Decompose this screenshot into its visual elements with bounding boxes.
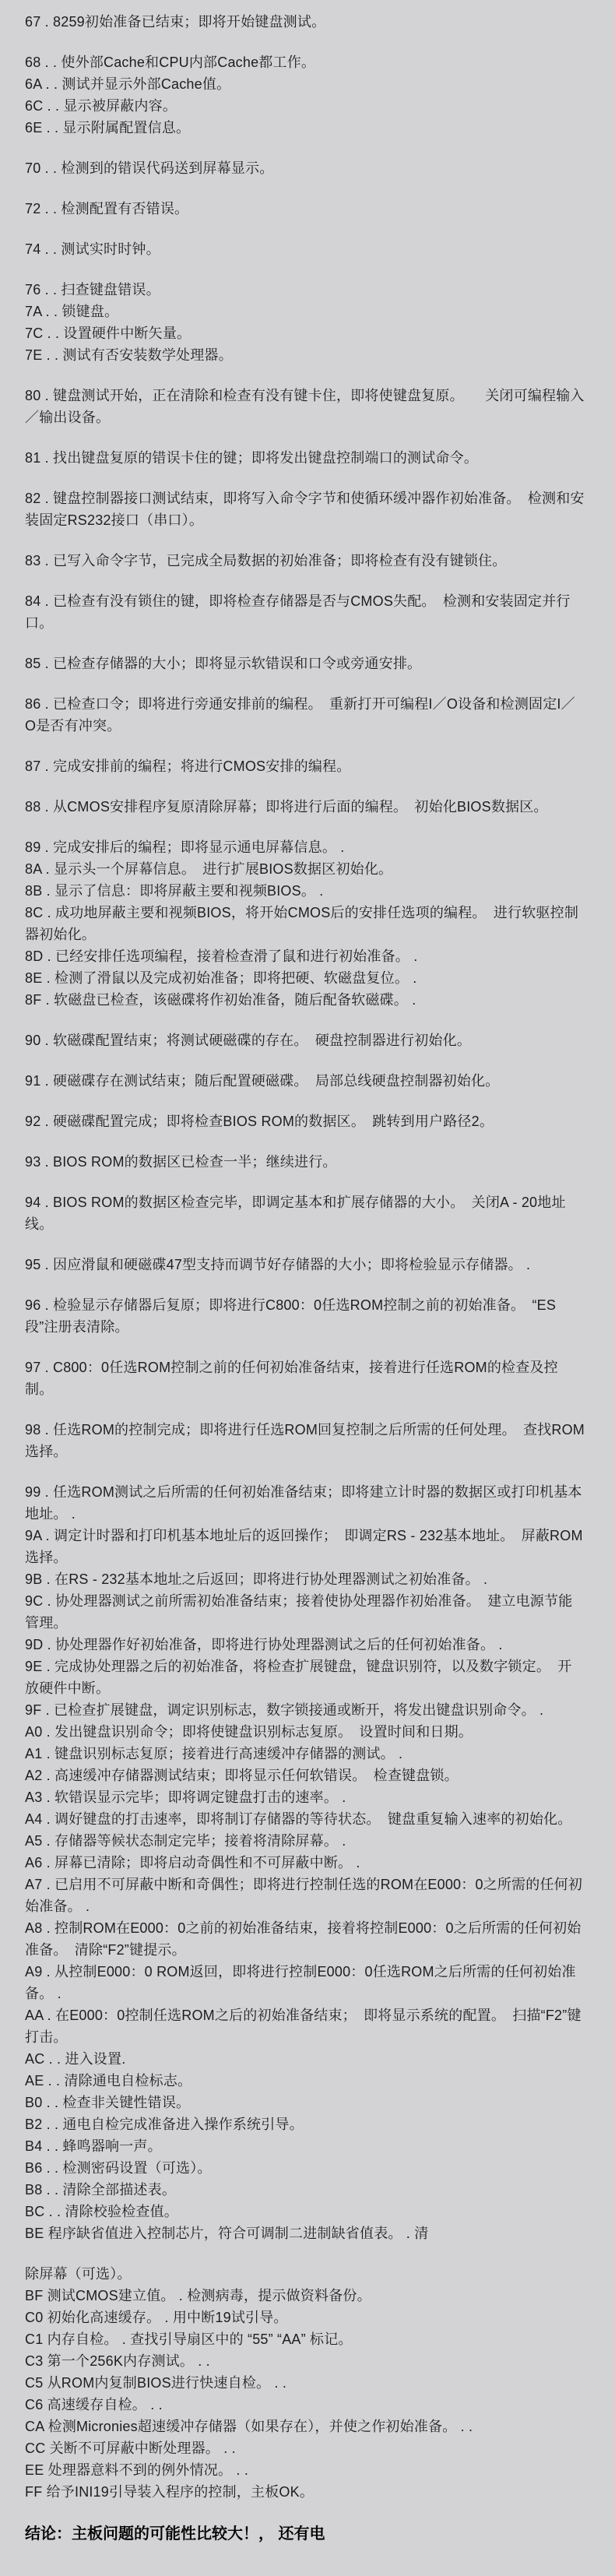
post-code-line: 6E . . 显示附属配置信息。 (25, 117, 585, 139)
post-code-line: A7 . 已启用不可屏蔽中断和奇偶性；即将进行控制任选的ROM在E000：0之所… (25, 1874, 585, 1917)
post-code-line: 9F . 已检查扩展键盘，调定识别标志，数字锁接通或断开，将发出键盘识别命令。 … (25, 1699, 585, 1721)
post-code-line: A3 . 软错误显示完毕；即将调定键盘打击的速率。 . (25, 1786, 585, 1808)
code-group: 92 . 硬磁碟配置完成；即将检查BIOS ROM的数据区。 跳转到用户路径2。 (25, 1110, 585, 1132)
post-code-line: FF 给予INI19引导装入程序的控制，主板OK。 (25, 2481, 585, 2503)
post-code-line: 80 . 键盘测试开始，正在清除和检查有没有键卡住，即将使键盘复原。 关闭可编程… (25, 385, 585, 428)
post-code-line: 97 . C800：0任选ROM控制之前的任何初始准备结束，接着进行任选ROM的… (25, 1357, 585, 1400)
code-group: 67 . 8259初始准备已结束；即将开始键盘测试。 (25, 11, 585, 33)
post-code-line: 70 . . 检测到的错误代码送到屏幕显示。 (25, 157, 585, 179)
code-group: 99 . 任选ROM测试之后所需的任何初始准备结束；即将建立计时器的数据区或打印… (25, 1481, 585, 2244)
post-code-line: 68 . . 使外部Cache和CPU内部Cache都工作。 (25, 51, 585, 73)
post-code-line: 76 . . 扫查键盘错误。 (25, 279, 585, 301)
post-code-line: A4 . 调好键盘的打击速率，即将制订存储器的等待状态。 键盘重复输入速率的初始… (25, 1808, 585, 1830)
post-code-line: 67 . 8259初始准备已结束；即将开始键盘测试。 (25, 11, 585, 33)
post-code-line: 99 . 任选ROM测试之后所需的任何初始准备结束；即将建立计时器的数据区或打印… (25, 1481, 585, 1525)
post-code-line: 9B . 在RS - 232基本地址之后返回；即将进行协处理器测试之初始准备。 … (25, 1568, 585, 1590)
code-group: 95 . 因应滑鼠和硬磁碟47型支持而调节好存储器的大小；即将检验显示存储器。 … (25, 1254, 585, 1276)
post-code-line: 74 . . 测试实时时钟。 (25, 238, 585, 260)
post-code-line: A5 . 存储器等候状态制定完毕；接着将清除屏幕。 . (25, 1830, 585, 1852)
code-group: 83 . 已写入命令字节，已完成全局数据的初始准备；即将检查有没有键锁住。 (25, 550, 585, 572)
post-code-line: B0 . . 检查非关键性错误。 (25, 2092, 585, 2113)
post-code-line: 除屏幕（可选）。 (25, 2263, 585, 2285)
code-group: 88 . 从CMOS安排程序复原清除屏幕；即将进行后面的编程。 初始化BIOS数… (25, 796, 585, 818)
post-code-line: BC . . 清除校验检查值。 (25, 2201, 585, 2222)
post-code-line: C1 内存自检。 . 查找引导扇区中的 “55” “AA” 标记。 (25, 2328, 585, 2350)
post-code-line: A8 . 控制ROM在E000：0之前的初始准备结束，接着将控制E000：0之后… (25, 1917, 585, 1961)
post-code-line: 8C . 成功地屏蔽主要和视频BIOS，将开始CMOS后的安排任选项的编程。 进… (25, 902, 585, 945)
post-code-line: B8 . . 清除全部描述表。 (25, 2179, 585, 2201)
post-code-line: 94 . BIOS ROM的数据区检查完毕，即调定基本和扩展存储器的大小。 关闭… (25, 1191, 585, 1235)
post-code-line: 86 . 已检查口令；即将进行旁通安排前的编程。 重新打开可编程I／O设备和检测… (25, 693, 585, 737)
post-code-line: B6 . . 检测密码设置（可选）。 (25, 2157, 585, 2179)
post-code-line: AA . 在E000：0控制任选ROM之后的初始准备结束； 即将显示系统的配置。… (25, 2004, 585, 2048)
post-code-line: A0 . 发出键盘识别命令；即将使键盘识别标志复原。 设置时间和日期。 (25, 1721, 585, 1743)
code-group: 82 . 键盘控制器接口测试结束，即将写入命令字节和使循环缓冲器作初始准备。 检… (25, 487, 585, 531)
code-group: 70 . . 检测到的错误代码送到屏幕显示。 (25, 157, 585, 179)
post-code-line: 72 . . 检测配置有否错误。 (25, 198, 585, 220)
post-code-line: 95 . 因应滑鼠和硬磁碟47型支持而调节好存储器的大小；即将检验显示存储器。 … (25, 1254, 585, 1276)
post-code-line: 6A . . 测试并显示外部Cache值。 (25, 73, 585, 95)
code-group: 85 . 已检查存储器的大小；即将显示软错误和口令或旁通安排。 (25, 653, 585, 674)
post-code-line: AC . . 进入设置. (25, 2048, 585, 2070)
post-code-line: 89 . 完成安排后的编程；即将显示通电屏幕信息。 . (25, 836, 585, 858)
post-code-line: BE 程序缺省值进入控制芯片，符合可调制二进制缺省值表。 . 清 (25, 2222, 585, 2244)
code-group: 除屏幕（可选）。BF 测试CMOS建立值。 . 检测病毒，提示做资料备份。C0 … (25, 2263, 585, 2503)
post-code-line: 88 . 从CMOS安排程序复原清除屏幕；即将进行后面的编程。 初始化BIOS数… (25, 796, 585, 818)
post-code-line: 92 . 硬磁碟配置完成；即将检查BIOS ROM的数据区。 跳转到用户路径2。 (25, 1110, 585, 1132)
post-code-line: A9 . 从控制E000：0 ROM返回，即将进行控制E000：0任选ROM之后… (25, 1961, 585, 2004)
post-code-line: 9A . 调定计时器和打印机基本地址后的返回操作； 即调定RS - 232基本地… (25, 1525, 585, 1568)
post-code-line: B4 . . 蜂鸣器响一声。 (25, 2135, 585, 2157)
conclusion-text: 结论：主板问题的可能性比较大！， 还有电 (25, 2523, 585, 2545)
code-group: 93 . BIOS ROM的数据区已检查一半；继续进行。 (25, 1151, 585, 1173)
post-code-line: 8F . 软磁盘已检查，该磁碟将作初始准备，随后配备软磁碟。 . (25, 989, 585, 1011)
code-group: 91 . 硬磁碟存在测试结束；随后配置硬磁碟。 局部总线硬盘控制器初始化。 (25, 1070, 585, 1092)
post-code-line: C0 初始化高速缓存。 . 用中断19试引导。 (25, 2307, 585, 2328)
post-code-line: 8B . 显示了信息：即将屏蔽主要和视频BIOS。 . (25, 880, 585, 902)
post-code-line: CA 检测Micronies超速缓冲存储器（如果存在），并使之作初始准备。 . … (25, 2416, 585, 2437)
post-code-line: 7A . . 锁键盘。 (25, 301, 585, 322)
post-code-line: C3 第一个256K内存测试。 . . (25, 2350, 585, 2372)
post-code-line: 91 . 硬磁碟存在测试结束；随后配置硬磁碟。 局部总线硬盘控制器初始化。 (25, 1070, 585, 1092)
code-group: 81 . 找出键盘复原的错误卡住的键；即将发出键盘控制端口的测试命令。 (25, 447, 585, 469)
post-code-line: C5 从ROM内复制BIOS进行快速自检。 . . (25, 2372, 585, 2394)
post-code-line: 90 . 软磁碟配置结束；将测试硬磁碟的存在。 硬盘控制器进行初始化。 (25, 1029, 585, 1051)
code-group: 87 . 完成安排前的编程；将进行CMOS安排的编程。 (25, 755, 585, 777)
post-code-line: 9E . 完成协处理器之后的初始准备，将检查扩展键盘，键盘识别符，以及数字锁定。… (25, 1656, 585, 1699)
post-code-line: A6 . 屏幕已清除；即将启动奇偶性和不可屏蔽中断。 . (25, 1852, 585, 1874)
code-group: 74 . . 测试实时时钟。 (25, 238, 585, 260)
post-code-line: 85 . 已检查存储器的大小；即将显示软错误和口令或旁通安排。 (25, 653, 585, 674)
post-code-line: 83 . 已写入命令字节，已完成全局数据的初始准备；即将检查有没有键锁住。 (25, 550, 585, 572)
post-code-line: 7E . . 测试有否安装数学处理器。 (25, 344, 585, 366)
post-code-line: 98 . 任选ROM的控制完成；即将进行任选ROM回复控制之后所需的任何处理。 … (25, 1419, 585, 1462)
code-group: 84 . 已检查有没有锁住的键，即将检查存储器是否与CMOS失配。 检测和安装固… (25, 590, 585, 634)
code-list: 67 . 8259初始准备已结束；即将开始键盘测试。68 . . 使外部Cach… (25, 11, 585, 2503)
post-code-line: 96 . 检验显示存储器后复原；即将进行C800：0任选ROM控制之前的初始准备… (25, 1294, 585, 1338)
post-code-line: 84 . 已检查有没有锁住的键，即将检查存储器是否与CMOS失配。 检测和安装固… (25, 590, 585, 634)
post-code-line: 82 . 键盘控制器接口测试结束，即将写入命令字节和使循环缓冲器作初始准备。 检… (25, 487, 585, 531)
code-group: 97 . C800：0任选ROM控制之前的任何初始准备结束，接着进行任选ROM的… (25, 1357, 585, 1400)
post-code-line: CC 关断不可屏蔽中断处理器。 . . (25, 2437, 585, 2459)
post-code-line: A2 . 高速缓冲存储器测试结束；即将显示任何软错误。 检查键盘锁。 (25, 1765, 585, 1786)
document-body: 67 . 8259初始准备已结束；即将开始键盘测试。68 . . 使外部Cach… (0, 0, 615, 2576)
post-code-line: 6C . . 显示被屏蔽内容。 (25, 95, 585, 117)
code-group: 98 . 任选ROM的控制完成；即将进行任选ROM回复控制之后所需的任何处理。 … (25, 1419, 585, 1462)
code-group: 72 . . 检测配置有否错误。 (25, 198, 585, 220)
post-code-line: 93 . BIOS ROM的数据区已检查一半；继续进行。 (25, 1151, 585, 1173)
post-code-line: 87 . 完成安排前的编程；将进行CMOS安排的编程。 (25, 755, 585, 777)
post-code-line: BF 测试CMOS建立值。 . 检测病毒，提示做资料备份。 (25, 2285, 585, 2307)
code-group: 68 . . 使外部Cache和CPU内部Cache都工作。6A . . 测试并… (25, 51, 585, 139)
post-code-line: 9D . 协处理器作好初始准备，即将进行协处理器测试之后的任何初始准备。 . (25, 1634, 585, 1656)
post-code-line: 8A . 显示头一个屏幕信息。 进行扩展BIOS数据区初始化。 (25, 858, 585, 880)
code-group: 89 . 完成安排后的编程；即将显示通电屏幕信息。 .8A . 显示头一个屏幕信… (25, 836, 585, 1011)
post-code-line: 9C . 协处理器测试之前所需初始准备结束；接着使协处理器作初始准备。 建立电源… (25, 1590, 585, 1634)
page: { "page": { "background_color": "#d3d2d4… (0, 0, 615, 2576)
post-code-line: A1 . 键盘识别标志复原；接着进行高速缓冲存储器的测试。 . (25, 1743, 585, 1765)
code-group: 94 . BIOS ROM的数据区检查完毕，即调定基本和扩展存储器的大小。 关闭… (25, 1191, 585, 1235)
post-code-line: 8D . 已经安排任选项编程，接着检查滑了鼠和进行初始准备。 . (25, 945, 585, 967)
code-group: 96 . 检验显示存储器后复原；即将进行C800：0任选ROM控制之前的初始准备… (25, 1294, 585, 1338)
code-group: 86 . 已检查口令；即将进行旁通安排前的编程。 重新打开可编程I／O设备和检测… (25, 693, 585, 737)
post-code-line: AE . . 清除通电自检标志。 (25, 2070, 585, 2092)
post-code-line: B2 . . 通电自检完成准备进入操作系统引导。 (25, 2113, 585, 2135)
post-code-line: 7C . . 设置硬件中断矢量。 (25, 322, 585, 344)
post-code-line: 81 . 找出键盘复原的错误卡住的键；即将发出键盘控制端口的测试命令。 (25, 447, 585, 469)
code-group: 90 . 软磁碟配置结束；将测试硬磁碟的存在。 硬盘控制器进行初始化。 (25, 1029, 585, 1051)
post-code-line: C6 高速缓存自检。 . . (25, 2394, 585, 2416)
code-group: 80 . 键盘测试开始，正在清除和检查有没有键卡住，即将使键盘复原。 关闭可编程… (25, 385, 585, 428)
post-code-line: 8E . 检测了滑鼠以及完成初始准备；即将把硬、软磁盘复位。 . (25, 967, 585, 989)
code-group: 76 . . 扫查键盘错误。7A . . 锁键盘。7C . . 设置硬件中断矢量… (25, 279, 585, 366)
